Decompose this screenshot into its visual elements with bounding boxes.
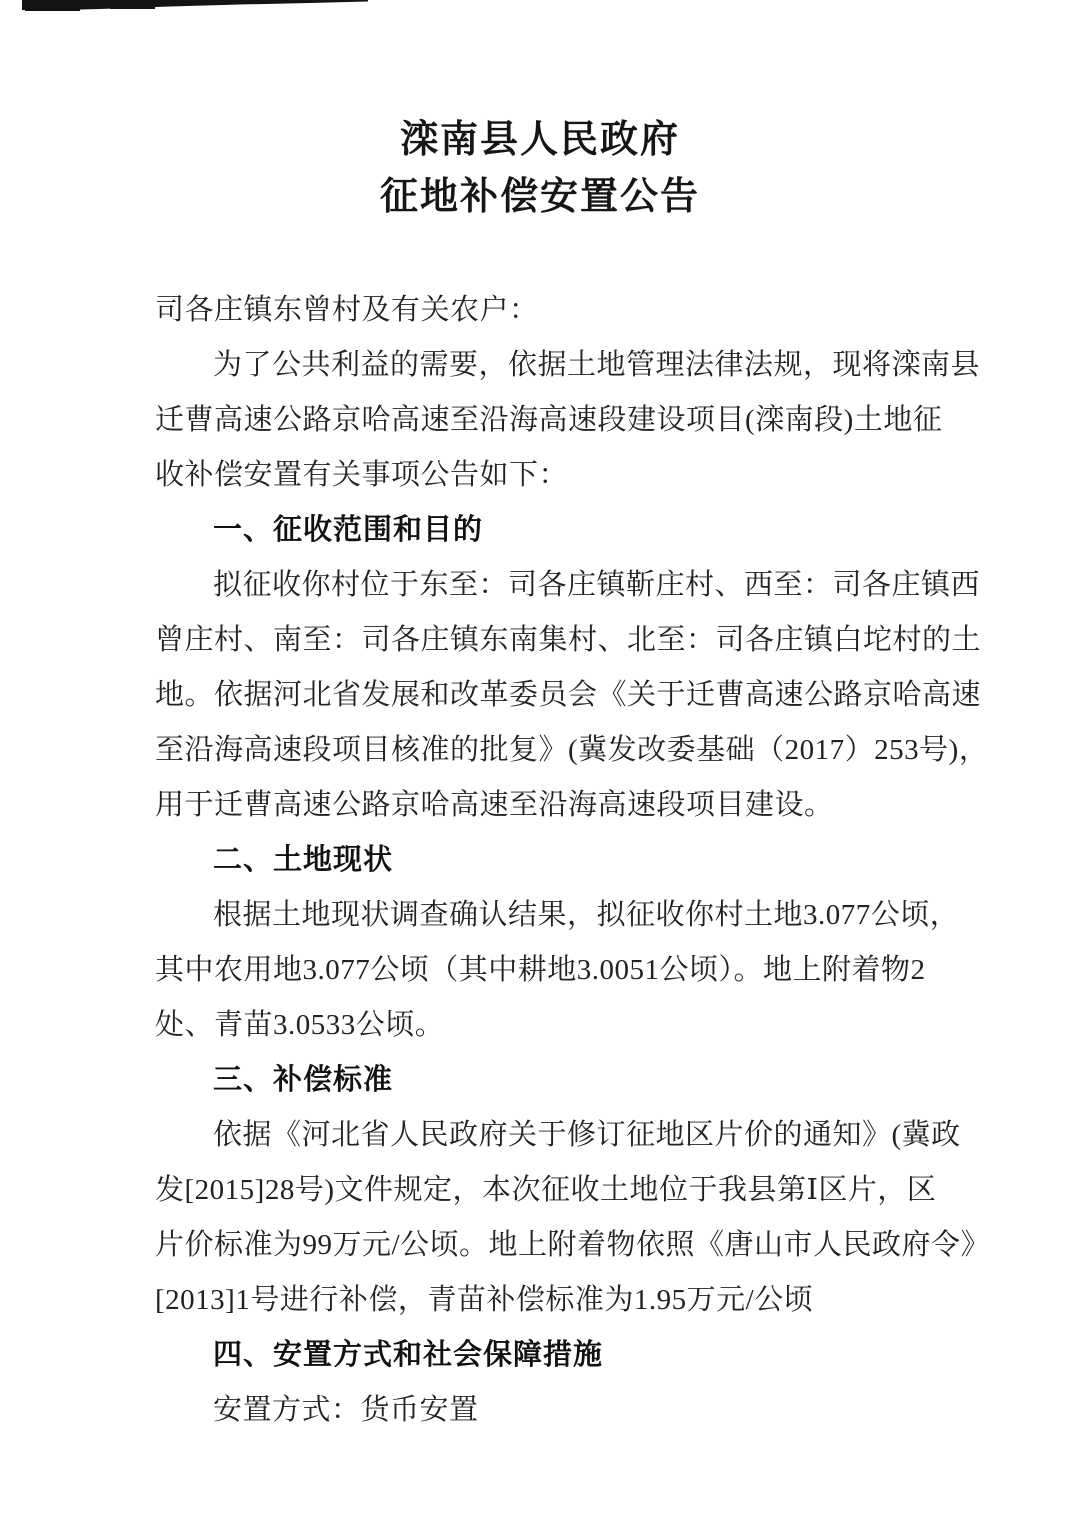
section-heading-1: 一、征收范围和目的 (155, 503, 945, 558)
paragraph-2-line-5: 用于迁曹高速公路京哈高速至沿海高速段项目建设。 (155, 778, 945, 833)
paragraph-3-line-3: 处、青苗3.0533公顷。 (155, 998, 945, 1053)
paragraph-2-line-3: 地。依据河北省发展和改革委员会《关于迁曹高速公路京哈高速 (155, 668, 945, 723)
paragraph-2-line-1: 拟征收你村位于东至：司各庄镇靳庄村、西至：司各庄镇西 (155, 558, 945, 613)
scan-smudge-artifact (0, 0, 400, 14)
paragraph-4-line-4: [2013]1号进行补偿，青苗补偿标准为1.95万元/公顷 (155, 1273, 945, 1328)
scanned-document-page: 滦南县人民政府 征地补偿安置公告 司各庄镇东曾村及有关农户： 为了公共利益的需要… (0, 0, 1080, 1526)
paragraph-2-line-2: 曾庄村、南至：司各庄镇东南集村、北至：司各庄镇白坨村的土 (155, 613, 945, 668)
section-heading-2: 二、土地现状 (155, 833, 945, 888)
paragraph-1-line-2: 迁曹高速公路京哈高速至沿海高速段建设项目(滦南段)土地征 (155, 393, 945, 448)
paragraph-1-line-3: 收补偿安置有关事项公告如下： (155, 448, 945, 503)
document-title: 滦南县人民政府 征地补偿安置公告 (0, 112, 1080, 226)
paragraph-4-line-1: 依据《河北省人民政府关于修订征地区片价的通知》(冀政 (155, 1108, 945, 1163)
salutation: 司各庄镇东曾村及有关农户： (155, 283, 945, 338)
paragraph-4-line-2: 发[2015]28号)文件规定，本次征收土地位于我县第Ⅰ区片，区 (155, 1163, 945, 1218)
section-heading-3: 三、补偿标准 (155, 1053, 945, 1108)
document-title-line-2: 征地补偿安置公告 (0, 169, 1080, 226)
paragraph-2-line-4: 至沿海高速段项目核准的批复》(冀发改委基础（2017）253号)， (155, 723, 945, 778)
document-body: 司各庄镇东曾村及有关农户： 为了公共利益的需要，依据土地管理法律法规，现将滦南县… (155, 283, 945, 1438)
paragraph-4-line-3: 片价标准为99万元/公顷。地上附着物依照《唐山市人民政府令》 (155, 1218, 945, 1273)
document-title-line-1: 滦南县人民政府 (0, 112, 1080, 169)
paragraph-3-line-2: 其中农用地3.077公顷（其中耕地3.0051公顷）。地上附着物2 (155, 943, 945, 998)
section-heading-4: 四、安置方式和社会保障措施 (155, 1328, 945, 1383)
paragraph-1-line-1: 为了公共利益的需要，依据土地管理法律法规，现将滦南县 (155, 338, 945, 393)
paragraph-5-line-1: 安置方式：货币安置 (155, 1383, 945, 1438)
paragraph-3-line-1: 根据土地现状调查确认结果，拟征收你村土地3.077公顷， (155, 888, 945, 943)
